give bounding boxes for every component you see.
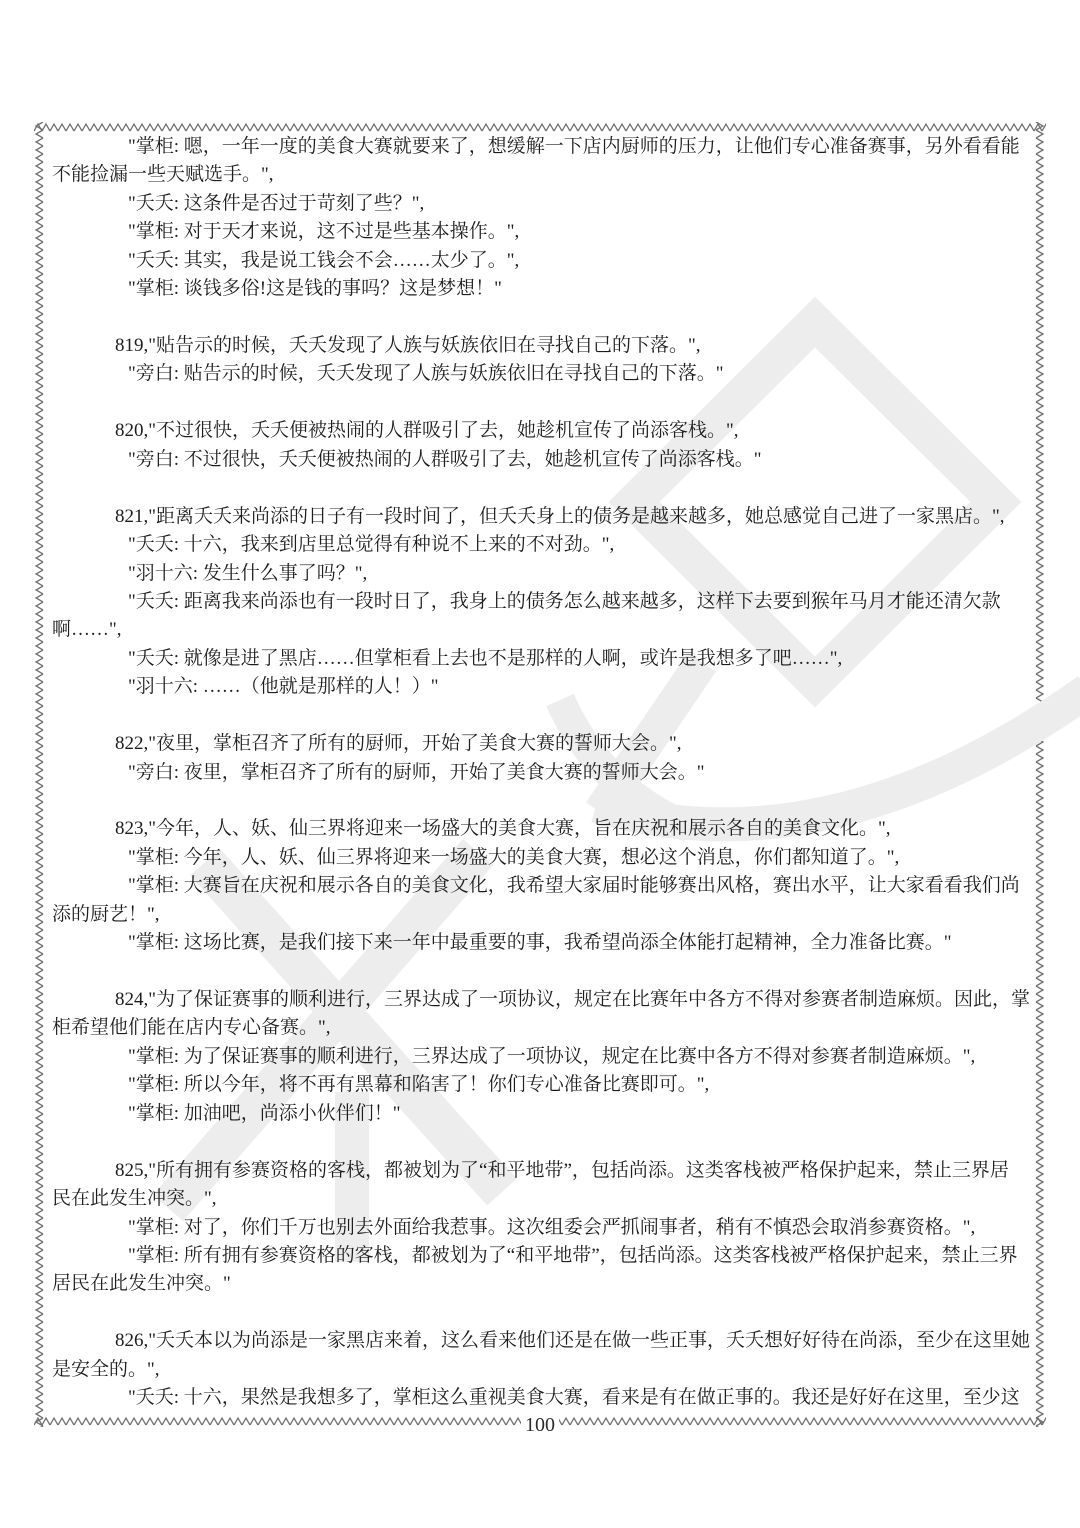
page-content: "掌柜: 嗯，一年一度的美食大赛就要来了，想缓解一下店内厨师的压力，让他们专心准… [52,133,1042,1441]
text-line: "羽十六: ……（他就是那样的人！）" [52,673,1042,701]
text-line: "掌柜: 这场比赛，是我们接下来一年中最重要的事，我希望尚添全体能打起精神，全力… [52,929,1042,957]
script-block: 826,"夭夭本以为尚添是一家黑店来着，这么看来他们还是在做一些正事，夭夭想好好… [52,1327,1042,1412]
text-line: 819,"贴告示的时候，夭夭发现了人族与妖族依旧在寻找自己的下落。", [52,332,1042,360]
text-line: "旁白: 贴告示的时候，夭夭发现了人族与妖族依旧在寻找自己的下落。" [52,360,1042,388]
text-line: "旁白: 夜里，掌柜召齐了所有的厨师，开始了美食大赛的誓师大会。" [52,759,1042,787]
text-line: 820,"不过很快，夭夭便被热闹的人群吸引了去，她趁机宣传了尚添客栈。", [52,417,1042,445]
text-line: "掌柜: 所有拥有参赛资格的客栈，都被划为了“和平地带”，包括尚添。这类客栈被严… [52,1242,1042,1270]
page-border-left-icon [34,122,45,1427]
text-line: "羽十六: 发生什么事了吗？", [52,560,1042,588]
text-line: 民在此发生冲突。", [52,1185,1042,1213]
text-line: 啊……", [52,616,1042,644]
text-line: "掌柜: 对于天才来说，这不过是些基本操作。", [52,218,1042,246]
page-border-top-icon [34,122,1046,133]
text-line: "掌柜: 所以今年，将不再有黑幕和陷害了！你们专心准备比赛即可。", [52,1071,1042,1099]
text-line: "掌柜: 大赛旨在庆祝和展示各自的美食文化，我希望大家届时能够赛出风格，赛出水平… [52,872,1042,900]
script-block: 822,"夜里，掌柜召齐了所有的厨师，开始了美食大赛的誓师大会。","旁白: 夜… [52,730,1042,787]
script-block: 820,"不过很快，夭夭便被热闹的人群吸引了去，她趁机宣传了尚添客栈。","旁白… [52,417,1042,474]
text-line: "掌柜: 加油吧，尚添小伙伴们！" [52,1100,1042,1128]
text-line: "掌柜: 对了，你们千万也别去外面给我惹事。这次组委会严抓闹事者，稍有不慎恐会取… [52,1214,1042,1242]
script-block: "掌柜: 嗯，一年一度的美食大赛就要来了，想缓解一下店内厨师的压力，让他们专心准… [52,133,1042,304]
text-line: 824,"为了保证赛事的顺利进行，三界达成了一项协议，规定在比赛年中各方不得对参… [52,986,1042,1014]
text-line: 825,"所有拥有参赛资格的客栈，都被划为了“和平地带”，包括尚添。这类客栈被严… [52,1157,1042,1185]
text-line: "旁白: 不过很快，夭夭便被热闹的人群吸引了去，她趁机宣传了尚添客栈。" [52,446,1042,474]
text-line: "掌柜: 为了保证赛事的顺利进行，三界达成了一项协议，规定在比赛中各方不得对参赛… [52,1043,1042,1071]
text-line: "夭夭: 其实，我是说工钱会不会……太少了。", [52,247,1042,275]
text-line: "夭夭: 十六，我来到店里总觉得有种说不上来的不对劲。", [52,531,1042,559]
text-line: "夭夭: 十六，果然是我想多了，掌柜这么重视美食大赛，看来是有在做正事的。我还是… [52,1384,1042,1412]
script-block: 824,"为了保证赛事的顺利进行，三界达成了一项协议，规定在比赛年中各方不得对参… [52,986,1042,1128]
text-line: 柜希望他们能在店内专心备赛。", [52,1014,1042,1042]
text-line: "掌柜: 谈钱多俗!这是钱的事吗？这是梦想！" [52,275,1042,303]
text-line: 不能捡漏一些天赋选手。", [52,161,1042,189]
document-page: "掌柜: 嗯，一年一度的美食大赛就要来了，想缓解一下店内厨师的压力，让他们专心准… [0,0,1080,1528]
text-line: 822,"夜里，掌柜召齐了所有的厨师，开始了美食大赛的誓师大会。", [52,730,1042,758]
text-line: "夭夭: 这条件是否过于苛刻了些？", [52,190,1042,218]
text-line: 826,"夭夭本以为尚添是一家黑店来着，这么看来他们还是在做一些正事，夭夭想好好… [52,1327,1042,1355]
script-block: 825,"所有拥有参赛资格的客栈，都被划为了“和平地带”，包括尚添。这类客栈被严… [52,1157,1042,1299]
text-line: "夭夭: 距离我来尚添也有一段时日了，我身上的债务怎么越来越多，这样下去要到猴年… [52,588,1042,616]
text-line: 823,"今年，人、妖、仙三界将迎来一场盛大的美食大赛，旨在庆祝和展示各自的美食… [52,815,1042,843]
script-block: 823,"今年，人、妖、仙三界将迎来一场盛大的美食大赛，旨在庆祝和展示各自的美食… [52,815,1042,957]
script-block: 819,"贴告示的时候，夭夭发现了人族与妖族依旧在寻找自己的下落。","旁白: … [52,332,1042,389]
text-line: "掌柜: 嗯，一年一度的美食大赛就要来了，想缓解一下店内厨师的压力，让他们专心准… [52,133,1042,161]
text-line: "掌柜: 今年，人、妖、仙三界将迎来一场盛大的美食大赛，想必这个消息，你们都知道… [52,844,1042,872]
page-number: 100 [521,1413,559,1437]
script-block: 821,"距离夭夭来尚添的日子有一段时间了，但夭夭身上的债务是越来越多，她总感觉… [52,503,1042,702]
text-line: 是安全的。", [52,1356,1042,1384]
text-line: 添的厨艺！", [52,901,1042,929]
text-line: 居民在此发生冲突。" [52,1270,1042,1298]
text-line: "夭夭: 就像是进了黑店……但掌柜看上去也不是那样的人啊，或许是我想多了吧……"… [52,645,1042,673]
text-line: 821,"距离夭夭来尚添的日子有一段时间了，但夭夭身上的债务是越来越多，她总感觉… [52,503,1042,531]
